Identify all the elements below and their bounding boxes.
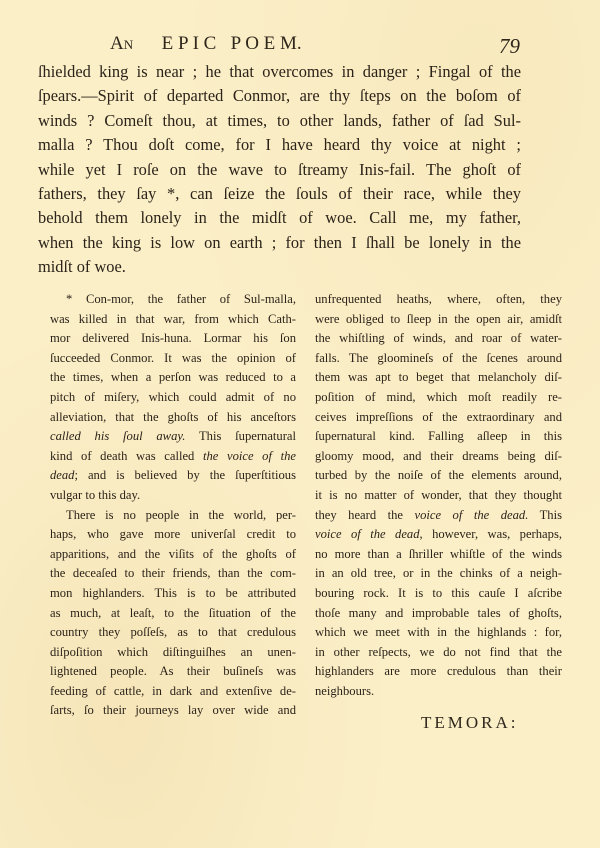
footnote-line: falls. The gloomineſs of the ſcenes arou… [315, 349, 562, 369]
footnote-line: turbed by the noiſe of the elements arou… [315, 466, 562, 486]
book-page: AN E P I C P O E M. 79 ſhielded king is … [0, 0, 600, 848]
text-run: feeding of cattle, in dark and extenſive… [50, 684, 296, 698]
footnote-line: alleviation, that the ghoſts of his ance… [50, 408, 296, 428]
main-line: malla ? Thou doſt come, for I have heard… [38, 133, 521, 157]
footnote-line: dead; and is believed by the ſuperſtitio… [50, 466, 296, 486]
footnote-line: was killed in that war, from which Cath- [50, 310, 296, 330]
footnote-line: unfrequented heaths, where, often, they [315, 290, 562, 310]
footnote-left-column: * Con-mor, the father of Sul-malla,was k… [50, 290, 296, 721]
footnote-line: ſucceeded Conmor. It was the opinion of [50, 349, 296, 369]
footnote-line: called his ſoul away. This ſupernatural [50, 427, 296, 447]
footnote-line: mor delivered Inis-huna. Lormar his ſon [50, 329, 296, 349]
footnote-line: in an old tree, or in the chinks of a ne… [315, 564, 562, 584]
footnote-line: ceives impreſſions of the extraordinary … [315, 408, 562, 428]
footnote-line: neighbours. [315, 682, 562, 702]
footnote-line: the times, when a perſon was reduced to … [50, 368, 296, 388]
text-run: * Con-mor, the father of Sul-malla, [66, 292, 296, 306]
text-run: ceives impreſſions of the extraordinary … [315, 410, 562, 424]
text-run: they heard the [315, 508, 415, 522]
text-run: no more than a ſhriller whiſtle of the w… [315, 547, 562, 561]
main-line: when the king is low on earth ; for then… [38, 231, 521, 255]
italic-run: dead [50, 468, 74, 482]
footnote-line: feeding of cattle, in dark and extenſive… [50, 682, 296, 702]
footnote-line: poſition of mind, which moſt readily re- [315, 388, 562, 408]
main-line: ſpears.—Spirit of departed Conmor, are t… [38, 84, 521, 108]
text-run: alleviation, that the ghoſts of his ance… [50, 410, 296, 424]
footnote-line: ſarts, ſo their journeys lay over wide a… [50, 701, 296, 721]
text-run: as much, at leaſt, to the ſituation of t… [50, 606, 296, 620]
main-line: while yet I roſe on the wave to ſtreamy … [38, 158, 521, 182]
footnote-line: pitch of miſery, which could admit of no [50, 388, 296, 408]
footnote-line: apparitions, and the viſits of the ghoſt… [50, 545, 296, 565]
footnote-line: the deceaſed to their friends, than the … [50, 564, 296, 584]
footnote-line: lightened people. As their buſineſs was [50, 662, 296, 682]
main-text: ſhielded king is near ; he that overcome… [38, 60, 521, 280]
footnote-line: the whiſtling of winds, and roar of wate… [315, 329, 562, 349]
footnote-line: in other reſpects, we do not find that t… [315, 643, 562, 663]
text-run: poſition of mind, which moſt readily re- [315, 390, 562, 404]
text-run: bouring rock. It is to this cauſe I aſcr… [315, 586, 562, 600]
text-run: This ſupernatural [185, 429, 296, 443]
text-run: in an old tree, or in the chinks of a ne… [315, 566, 562, 580]
footnote-line: There is no people in the world, per- [50, 506, 296, 526]
footnote-line: no more than a ſhriller whiſtle of the w… [315, 545, 562, 565]
text-run: , however, was, perhaps, [420, 527, 562, 541]
text-run: highlanders are more credulous than thei… [315, 664, 562, 678]
text-run: pitch of miſery, which could admit of no [50, 390, 296, 404]
text-run: diſpoſition which diſtinguiſhes an unen- [50, 645, 296, 659]
footnote-line: vulgar to this day. [50, 486, 296, 506]
footnote-line: voice of the dead, however, was, perhaps… [315, 525, 562, 545]
text-run: haps, who gave more univerſal credit to [50, 527, 296, 541]
running-head: AN E P I C P O E M. 79 [110, 33, 520, 59]
text-run: vulgar to this day. [50, 488, 140, 502]
text-run: ; and is believed by the ſuperſtitious [74, 468, 296, 482]
text-run: the deceaſed to their friends, than the … [50, 566, 296, 580]
text-run: country they poſſeſs, as to that credulo… [50, 625, 296, 639]
italic-run: voice of the dead [315, 527, 420, 541]
title-initial: A [110, 33, 124, 54]
text-run: the times, when a perſon was reduced to … [50, 370, 296, 384]
text-run: thoſe many and improbable tales of ghoſt… [315, 606, 562, 620]
text-run: neighbours. [315, 684, 374, 698]
text-run: ſupernatural kind. Falling aſleep in thi… [315, 429, 562, 443]
running-title: AN E P I C P O E M. [110, 33, 302, 55]
page-number: 79 [499, 34, 520, 59]
footnote-line: as much, at leaſt, to the ſituation of t… [50, 604, 296, 624]
text-run: was killed in that war, from which Cath- [50, 312, 296, 326]
italic-run: the voice of the [203, 449, 296, 463]
main-line: fathers, they ſay *, can ſeize the ſouls… [38, 182, 521, 206]
text-run: ſarts, ſo their journeys lay over wide a… [50, 703, 296, 717]
footnote-line: * Con-mor, the father of Sul-malla, [50, 290, 296, 310]
footnote-line: thoſe many and improbable tales of ghoſt… [315, 604, 562, 624]
text-run: apparitions, and the viſits of the ghoſt… [50, 547, 296, 561]
text-run: ſucceeded Conmor. It was the opinion of [50, 351, 296, 365]
text-run: in other reſpects, we do not find that t… [315, 645, 562, 659]
footnote-line: kind of death was called the voice of th… [50, 447, 296, 467]
text-run: were obliged to ſleep in the open air, a… [315, 312, 562, 326]
text-run: mon highlanders. This is to be attribute… [50, 586, 296, 600]
main-line: ſhielded king is near ; he that overcome… [38, 60, 521, 84]
text-run: lightened people. As their buſineſs was [50, 664, 296, 678]
text-run: This [528, 508, 562, 522]
footnote-line: highlanders are more credulous than thei… [315, 662, 562, 682]
footnote-line: mon highlanders. This is to be attribute… [50, 584, 296, 604]
footnote-line: them was apt to beget that melancholy di… [315, 368, 562, 388]
footnote-line: they heard the voice of the dead. This [315, 506, 562, 526]
text-run: There is no people in the world, per- [66, 508, 296, 522]
italic-run: called his ſoul away. [50, 429, 185, 443]
text-run: gloomy mood, and their dreams being diſ- [315, 449, 562, 463]
text-run: kind of death was called [50, 449, 203, 463]
title-rest: E P I C P O E M. [162, 33, 302, 54]
catchword: TEMORA: [421, 713, 519, 733]
footnote-line: bouring rock. It is to this cauſe I aſcr… [315, 584, 562, 604]
footnote-line: it is no matter of wonder, that they tho… [315, 486, 562, 506]
footnote-line: ſupernatural kind. Falling aſleep in thi… [315, 427, 562, 447]
text-run: it is no matter of wonder, that they tho… [315, 488, 562, 502]
footnote-line: gloomy mood, and their dreams being diſ- [315, 447, 562, 467]
footnote-line: were obliged to ſleep in the open air, a… [315, 310, 562, 330]
italic-run: voice of the dead. [415, 508, 529, 522]
main-line: midſt of woe. [38, 255, 521, 279]
title-initial-rest: N [124, 37, 133, 52]
footnote-line: country they poſſeſs, as to that credulo… [50, 623, 296, 643]
text-run: mor delivered Inis-huna. Lormar his ſon [50, 331, 296, 345]
text-run: them was apt to beget that melancholy di… [315, 370, 562, 384]
footnote-line: diſpoſition which diſtinguiſhes an unen- [50, 643, 296, 663]
text-run: turbed by the noiſe of the elements arou… [315, 468, 562, 482]
main-line: winds ? Comeſt thou, at times, to other … [38, 109, 521, 133]
footnote-line: which we meet with in the highlands : fo… [315, 623, 562, 643]
main-line: behold them lonely in the midſt of woe. … [38, 206, 521, 230]
footnote-line: haps, who gave more univerſal credit to [50, 525, 296, 545]
text-run: which we meet with in the highlands : fo… [315, 625, 562, 639]
text-run: the whiſtling of winds, and roar of wate… [315, 331, 562, 345]
text-run: unfrequented heaths, where, often, they [315, 292, 562, 306]
text-run: falls. The gloomineſs of the ſcenes arou… [315, 351, 562, 365]
footnote-right-column: unfrequented heaths, where, often, theyw… [315, 290, 562, 701]
